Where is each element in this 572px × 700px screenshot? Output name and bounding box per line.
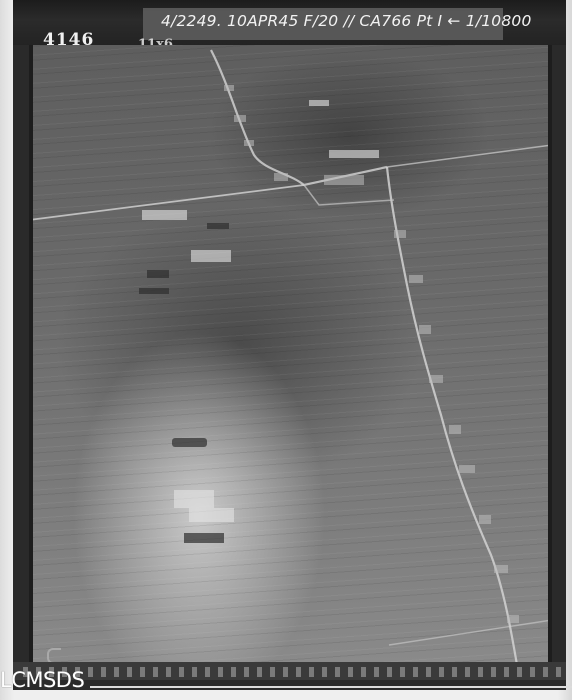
terrain-features	[29, 45, 552, 665]
film-rib-left	[29, 45, 33, 665]
aerial-photograph	[29, 45, 552, 665]
photo-caption: 4/2249. 10APR45 F/20 // CA766 Pt I ← 1/1…	[161, 12, 532, 30]
film-frame: 4/2249. 10APR45 F/20 // CA766 Pt I ← 1/1…	[13, 0, 566, 690]
film-sprocket-holes	[23, 667, 563, 677]
film-header-strip: 4/2249. 10APR45 F/20 // CA766 Pt I ← 1/1…	[13, 0, 566, 45]
watermark-underline	[90, 686, 572, 688]
watermark: LCMSDS	[0, 668, 84, 692]
film-rib-right	[548, 45, 552, 665]
